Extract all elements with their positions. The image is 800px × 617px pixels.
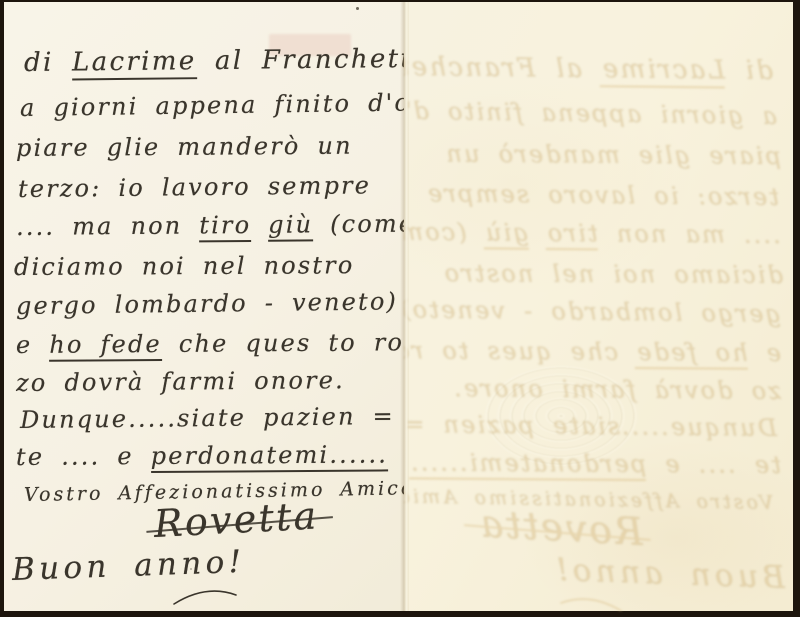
letter-text: a giorni appena finito d'co _ <box>20 88 458 122</box>
letter-line-1: di Lacrime al Franchetti <box>24 44 424 78</box>
letter-line-11: te .... e perdonatemi...... <box>16 440 388 471</box>
signature-text: Rovetta <box>153 493 320 546</box>
handwriting-block: di Lacrime al Franchetti a giorni appena… <box>4 2 404 611</box>
letter-line-4: terzo: io lavoro sempre <box>18 171 371 203</box>
letter-page-left: di Lacrime al Franchetti a giorni appena… <box>4 2 404 611</box>
letter-text: te .... e <box>16 442 151 471</box>
underlined-word-giu: giù <box>268 210 313 241</box>
letter-line-9: zo dovrà farmi onore. <box>16 366 345 397</box>
underlined-word-tiro: tiro <box>199 211 251 242</box>
letter-text: Dunque.....siate pazien = <box>20 402 395 434</box>
letter-text: diciamo noi nel nostro <box>14 251 355 281</box>
postscript-text: Buon anno! <box>11 544 246 588</box>
page-fold <box>400 2 409 611</box>
letter-text: e <box>16 331 50 359</box>
letter-line-10: Dunque.....siate pazien = <box>20 402 395 434</box>
letter-paper: di Lacrime al Franchetti a giorni appena… <box>4 2 793 611</box>
letter-page-right: di Lacrime al Franchetti a giorni appena… <box>404 2 793 611</box>
letter-text <box>251 211 268 239</box>
pen-flourish-icon <box>172 588 252 610</box>
letter-text: piare glie manderò un <box>16 132 353 162</box>
underlined-word-perdonatemi: perdonatemi...... <box>151 440 389 473</box>
dust-speck <box>190 568 192 570</box>
letter-line-6: diciamo noi nel nostro <box>14 251 355 281</box>
letter-postscript: Buon anno! <box>11 544 246 588</box>
underlined-phrase-ho-fede: ho fede <box>49 330 162 362</box>
underlined-word-lacrime: Lacrime <box>72 46 197 80</box>
letter-line-5: .... ma non tiro giù (come <box>16 210 415 241</box>
letter-line-7: gergo lombardo - veneto) <box>16 287 398 320</box>
letter-text: .... ma non <box>16 211 200 241</box>
ink-showthrough: di Lacrime al Franchetti a giorni appena… <box>404 2 793 611</box>
letter-line-2: a giorni appena finito d'co _ <box>20 88 458 122</box>
handwriting-block: di Lacrime al Franchetti a giorni appena… <box>404 10 793 611</box>
letter-text: di <box>24 47 72 78</box>
letter-text: gergo lombardo - veneto) <box>16 287 398 320</box>
letter-text: terzo: io lavoro sempre <box>18 171 371 203</box>
letter-line-3: piare glie manderò un <box>16 132 353 162</box>
letter-scan: di Lacrime al Franchetti a giorni appena… <box>0 0 800 617</box>
letter-signature: Rovetta <box>153 493 320 546</box>
dust-speck <box>356 7 359 10</box>
letter-text: zo dovrà farmi onore. <box>16 366 345 397</box>
letter-text: al Franchetti <box>196 44 424 76</box>
